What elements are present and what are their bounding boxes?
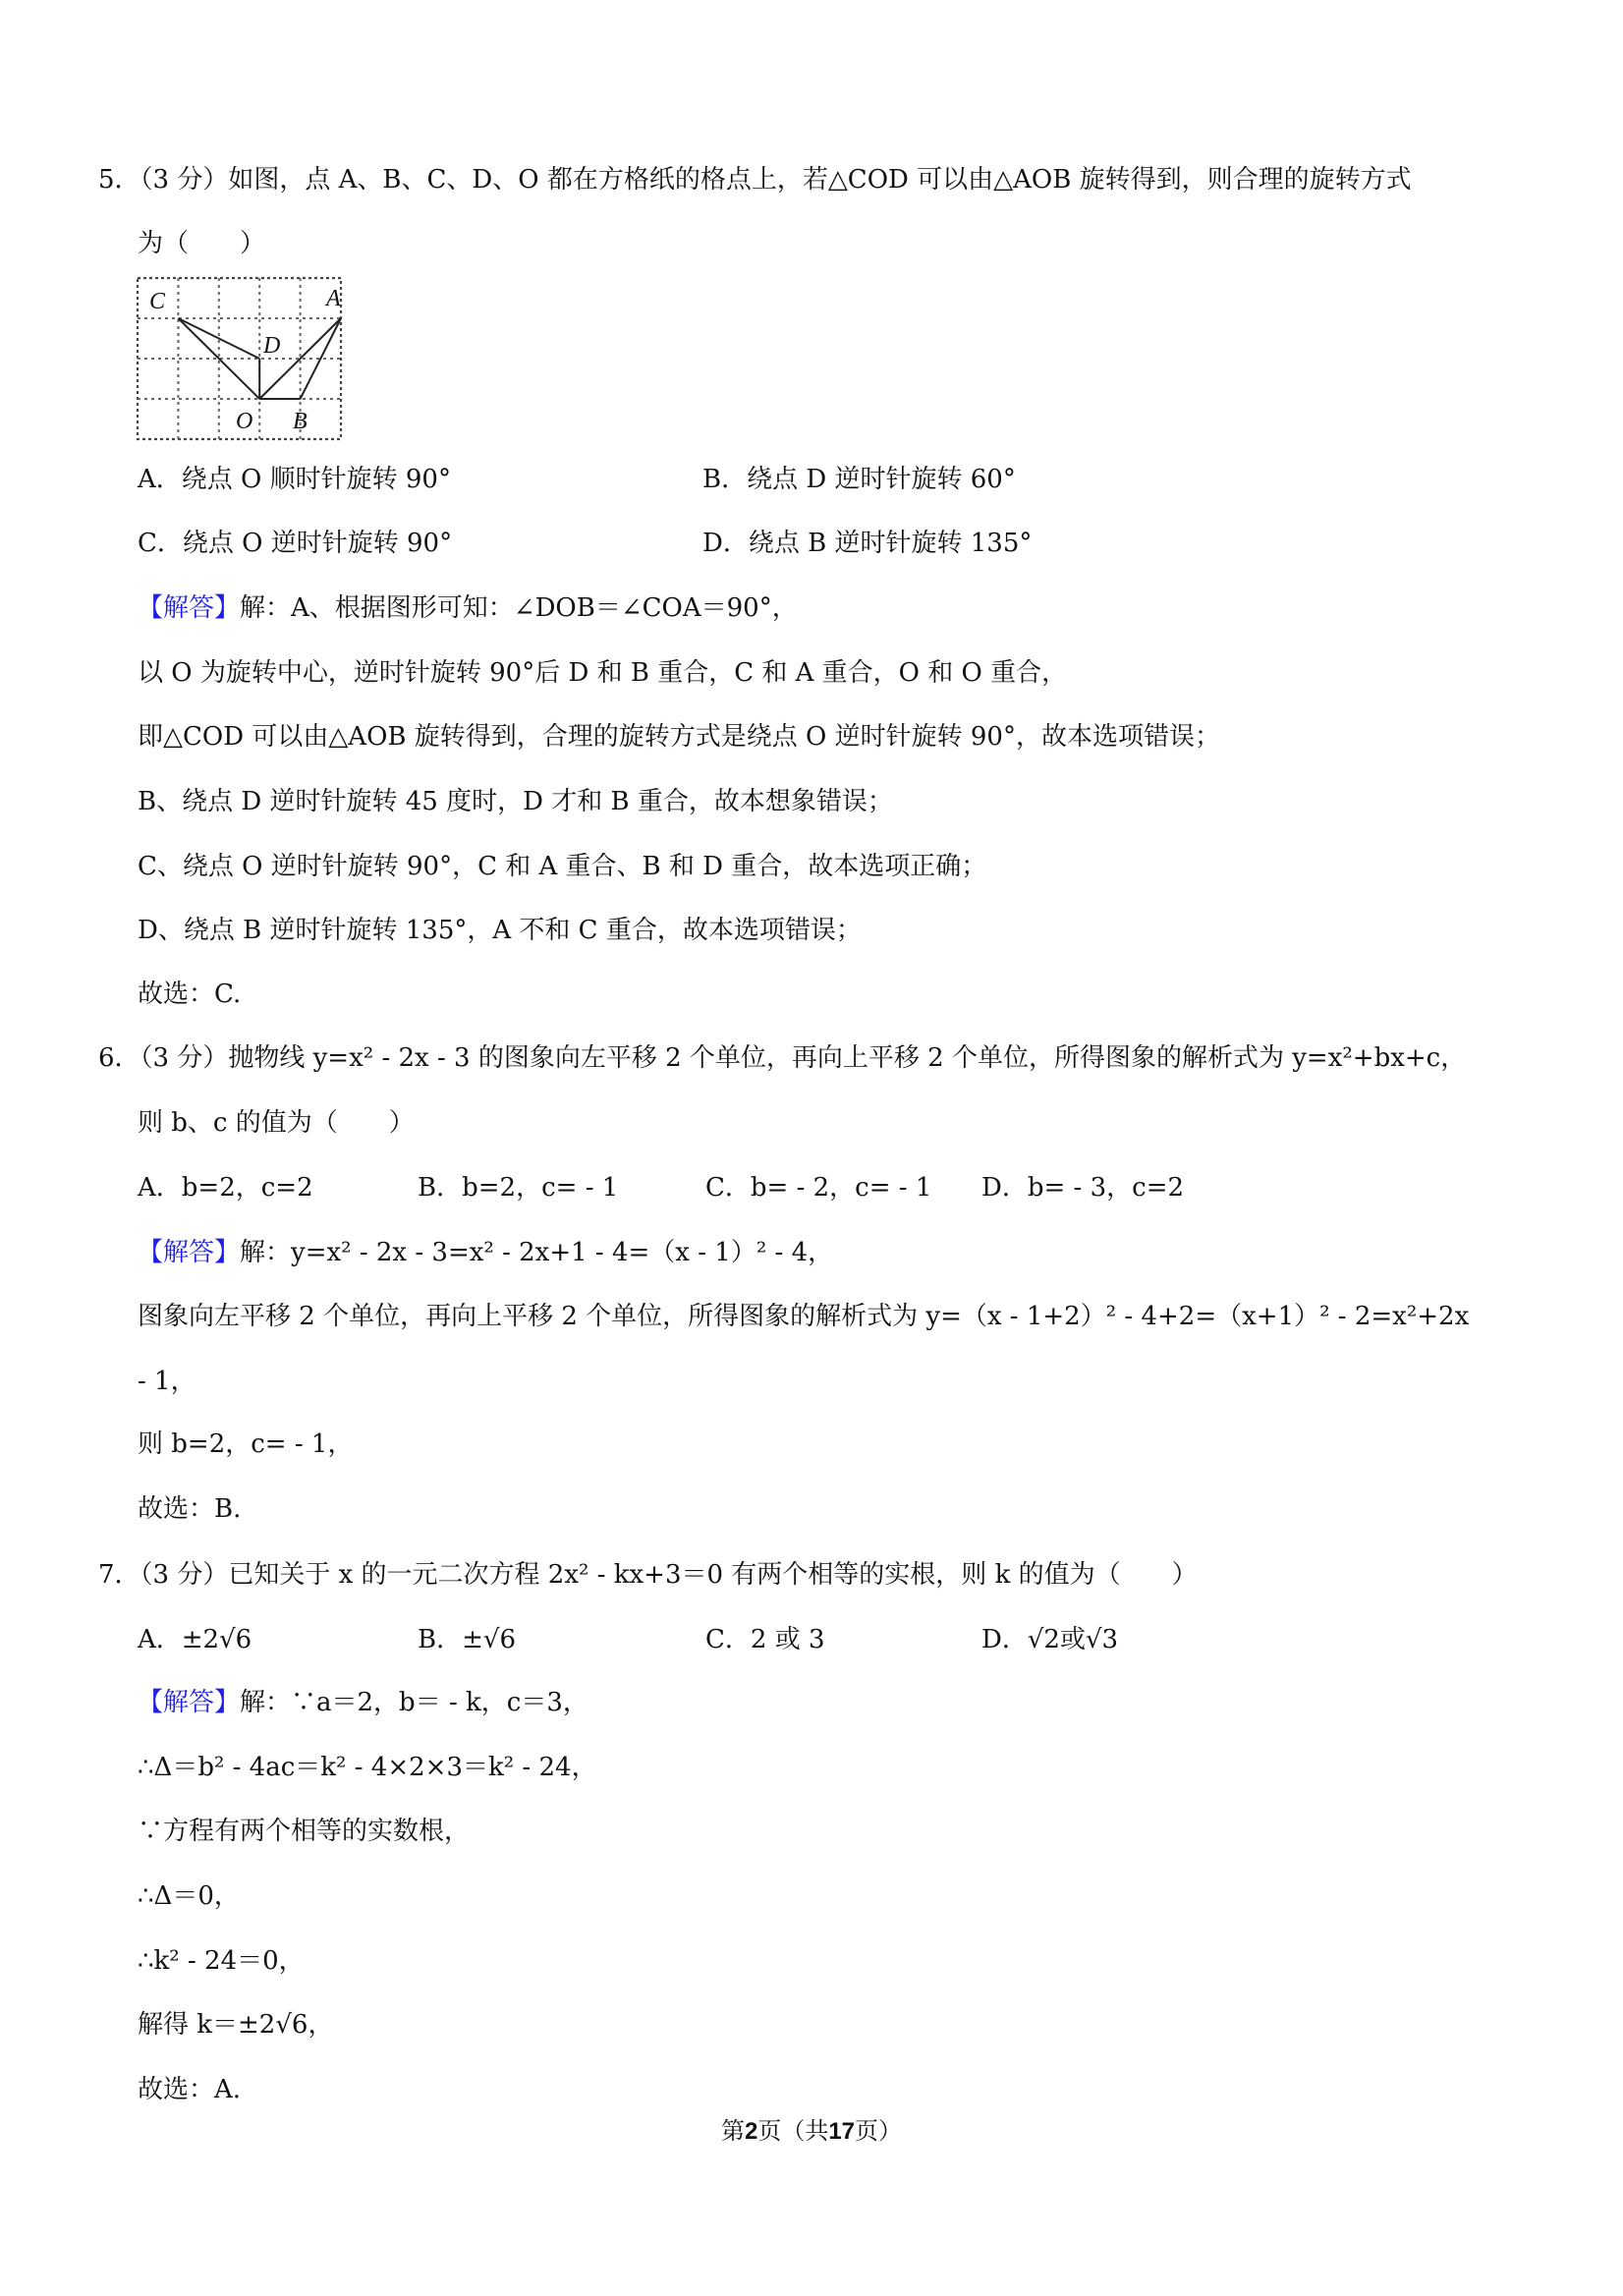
q7-option-c: C．2 或 3 <box>705 1623 825 1656</box>
q5-stem-line1: 5．（3 分）如图，点 A、B、C、D、O 都在方格纸的格点上，若△COD 可以… <box>98 163 1412 196</box>
q6-solution-line2: 图象向左平移 2 个单位，再向上平移 2 个单位，所得图象的解析式为 y=（x … <box>138 1300 1469 1333</box>
total-page-count: 17 <box>828 2118 855 2145</box>
q6-stem-line1: 6．（3 分）抛物线 y=x² - 2x - 3 的图象向左平移 2 个单位，再… <box>98 1041 1466 1075</box>
q5-option-a: A．绕点 O 顺时针旋转 90° <box>138 463 451 496</box>
footer-prefix: 第 <box>721 2117 745 2145</box>
q6-option-c: C．b= - 2，c= - 1 <box>705 1171 931 1204</box>
q7-solution-line2: ∴Δ＝b² - 4ac＝k² - 4×2×3＝k² - 24， <box>138 1751 597 1784</box>
q6-answer: 故选：B. <box>138 1492 241 1526</box>
q6-option-a: A．b=2，c=2 <box>138 1171 313 1204</box>
q7-stem-line1: 7．（3 分）已知关于 x 的一元二次方程 2x² - kx+3＝0 有两个相等… <box>98 1558 1198 1592</box>
q6-solution-line4: 则 b=2，c= - 1， <box>138 1428 353 1461</box>
svg-text:B: B <box>293 409 308 434</box>
q6-solution-text: 解：y=x² - 2x - 3=x² - 2x+1 - 4=（x - 1）² -… <box>240 1238 833 1267</box>
q7-solution-line3: ∵方程有两个相等的实数根， <box>138 1815 470 1848</box>
footer-suffix: 页） <box>855 2117 902 2145</box>
solution-tag: 【解答】 <box>138 593 240 623</box>
q6-option-b: B．b=2，c= - 1 <box>418 1171 618 1204</box>
q5-solution-text: 解：A、根据图形可知：∠DOB＝∠COA＝90°， <box>240 593 798 623</box>
q7-solution-line5: ∴k² - 24＝0， <box>138 1944 305 1978</box>
q6-solution-line1: 【解答】解：y=x² - 2x - 3=x² - 2x+1 - 4=（x - 1… <box>138 1236 833 1269</box>
q6-option-d: D．b= - 3，c=2 <box>981 1171 1184 1204</box>
q5-option-d: D．绕点 B 逆时针旋转 135° <box>702 527 1032 560</box>
q7-option-a: A．±2√6 <box>138 1623 252 1656</box>
q5-solution-line2: 以 O 为旋转中心，逆时针旋转 90°后 D 和 B 重合，C 和 A 重合，O… <box>138 656 1067 690</box>
page-footer: 第2页（共17页） <box>0 2115 1623 2148</box>
solution-tag: 【解答】 <box>138 1238 240 1267</box>
q5-solution-line4: B、绕点 D 逆时针旋转 45 度时，D 才和 B 重合，故本想象错误； <box>138 785 893 818</box>
q5-grid-figure: C A D O B <box>134 274 346 443</box>
rotation-grid-diagram: C A D O B <box>134 274 346 443</box>
q7-option-d: D．√2或√3 <box>981 1623 1118 1656</box>
svg-text:O: O <box>236 409 252 434</box>
q5-answer: 故选：C. <box>138 978 241 1011</box>
q5-stem-line2: 为（ ） <box>138 227 265 260</box>
q7-solution-line6: 解得 k＝±2√6， <box>138 2008 333 2042</box>
q5-solution-line3: 即△COD 可以由△AOB 旋转得到，合理的旋转方式是绕点 O 逆时针旋转 90… <box>138 720 1220 754</box>
svg-text:A: A <box>324 286 341 311</box>
current-page-number: 2 <box>745 2118 757 2145</box>
q6-solution-line3: - 1， <box>138 1365 196 1398</box>
svg-text:C: C <box>149 289 166 314</box>
q7-solution-line4: ∴Δ＝0， <box>138 1879 240 1913</box>
q7-option-b: B．±√6 <box>418 1623 516 1656</box>
q5-option-c: C．绕点 O 逆时针旋转 90° <box>138 527 452 560</box>
footer-mid: 页（共 <box>757 2117 828 2145</box>
q5-solution-line6: D、绕点 B 逆时针旋转 135°，A 不和 C 重合，故本选项错误； <box>138 914 862 947</box>
svg-text:D: D <box>262 333 280 359</box>
q5-solution-line1: 【解答】解：A、根据图形可知：∠DOB＝∠COA＝90°， <box>138 591 798 625</box>
q7-solution-line1: 【解答】解：∵a＝2，b＝ - k，c＝3， <box>138 1686 588 1719</box>
q7-solution-text: 解：∵a＝2，b＝ - k，c＝3， <box>240 1688 588 1717</box>
q5-solution-line5: C、绕点 O 逆时针旋转 90°，C 和 A 重合、B 和 D 重合，故本选项正… <box>138 850 986 883</box>
solution-tag: 【解答】 <box>138 1688 240 1717</box>
q5-option-b: B．绕点 D 逆时针旋转 60° <box>702 463 1016 496</box>
q6-stem-line2: 则 b、c 的值为（ ） <box>138 1106 415 1140</box>
q7-answer: 故选：A. <box>138 2073 241 2106</box>
